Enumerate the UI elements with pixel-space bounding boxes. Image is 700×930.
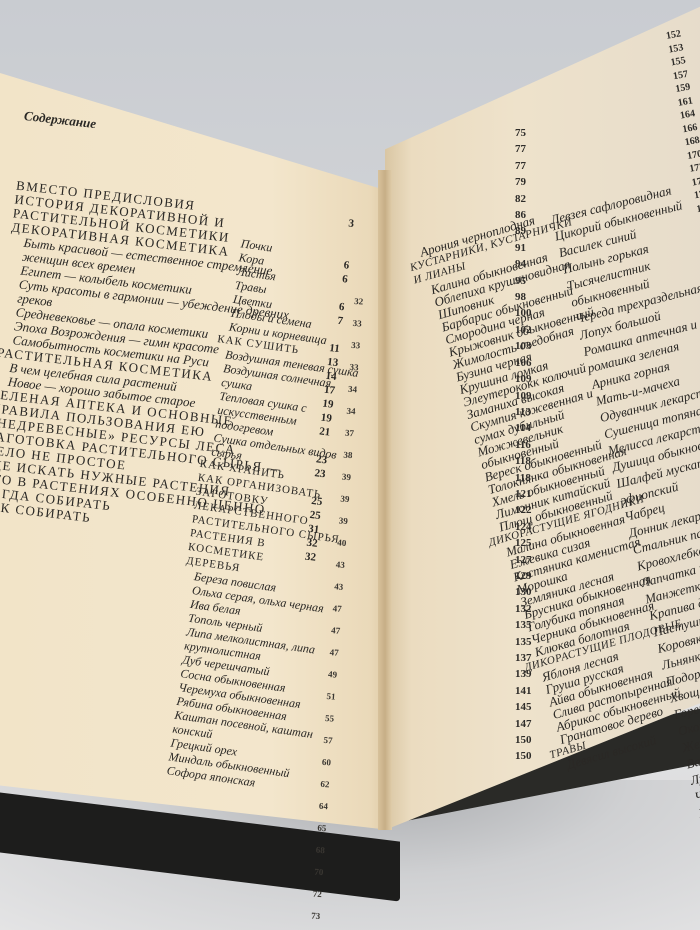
toc-page-number: 103 (515, 338, 555, 354)
toc-page-number: 37 (344, 422, 365, 445)
toc-page-number: 137 (515, 650, 555, 666)
toc-page-number: 129 (515, 568, 555, 584)
toc-page-number: 135 (515, 634, 555, 650)
toc-page-number: 102 (515, 322, 555, 338)
toc-page-number: 39 (340, 488, 361, 511)
toc-page-number: 40 (337, 531, 358, 554)
toc-page-number: 113 (515, 404, 555, 420)
toc-page-number: 132 (515, 601, 555, 617)
toc-page-number: 127 (515, 552, 555, 568)
toc-page-number: 62 (320, 773, 341, 796)
toc-page-number: 109 (515, 371, 555, 387)
toc-page-number: 150 (515, 748, 555, 764)
toc-page-number: 70 (314, 861, 335, 884)
toc-page-number: 139 (515, 666, 555, 682)
toc-page-number: 122 (515, 502, 555, 518)
toc-page-number: 130 (515, 584, 555, 600)
toc-page-number: 72 (312, 883, 333, 906)
toc-page-number: 73 (310, 904, 331, 927)
toc-entry-page: 3 (327, 214, 354, 231)
toc-page-number: 55 (324, 707, 345, 730)
toc-page-number: 47 (329, 641, 350, 664)
toc-page-number: 106 (515, 355, 555, 371)
toc-page-number: 118 (515, 453, 555, 469)
toc-page-number: 77 (515, 158, 555, 174)
toc-page-number: 49 (327, 663, 348, 686)
book-gutter (378, 170, 392, 830)
toc-page-number: 82 (515, 191, 555, 207)
toc-page-number: 33 (350, 334, 371, 357)
toc-page-number: 68 (315, 839, 336, 862)
toc-page-number: 51 (326, 685, 347, 708)
toc-page-number: 114 (515, 420, 555, 436)
toc-page-number: 98 (515, 289, 555, 305)
toc-page-number: 118 (515, 470, 555, 486)
toc-page-number: 34 (347, 378, 368, 401)
toc-page-number: 116 (515, 437, 555, 453)
toc-page-number: 65 (317, 817, 338, 840)
toc-page-number: 75 (515, 125, 555, 141)
toc-page-number: 33 (352, 312, 373, 335)
toc-page-number: 43 (334, 575, 355, 598)
toc-page-number: 124 (515, 519, 555, 535)
toc-page-number: 47 (330, 619, 351, 642)
toc-page-number: 135 (515, 617, 555, 633)
toc-page-number: 77 (515, 141, 555, 157)
toc-page-number: 39 (341, 466, 362, 489)
toc-page-number: 121 (515, 486, 555, 502)
toc-page-number: 79 (515, 174, 555, 190)
toc-page-number: 32 (353, 290, 374, 313)
toc-page-number: 47 (332, 597, 353, 620)
toc-page-number: 109 (515, 388, 555, 404)
toc-page-number: 33 (349, 356, 370, 379)
toc-page-number: 34 (346, 400, 367, 423)
toc-page-number: 150 (515, 732, 555, 748)
toc-page-number: 39 (338, 509, 359, 532)
toc-page-number: 60 (321, 751, 342, 774)
toc-title: Содержание (23, 108, 363, 162)
toc-page-number: 145 (515, 699, 555, 715)
toc-page-number: 57 (323, 729, 344, 752)
toc-page-number: 43 (335, 553, 356, 576)
toc-page-number: 100 (515, 305, 555, 321)
toc-page-number: 125 (515, 535, 555, 551)
toc-page-number: 147 (515, 716, 555, 732)
toc-page-number: 38 (343, 444, 364, 467)
toc-page-number: 141 (515, 683, 555, 699)
toc-page-number: 64 (318, 795, 339, 818)
